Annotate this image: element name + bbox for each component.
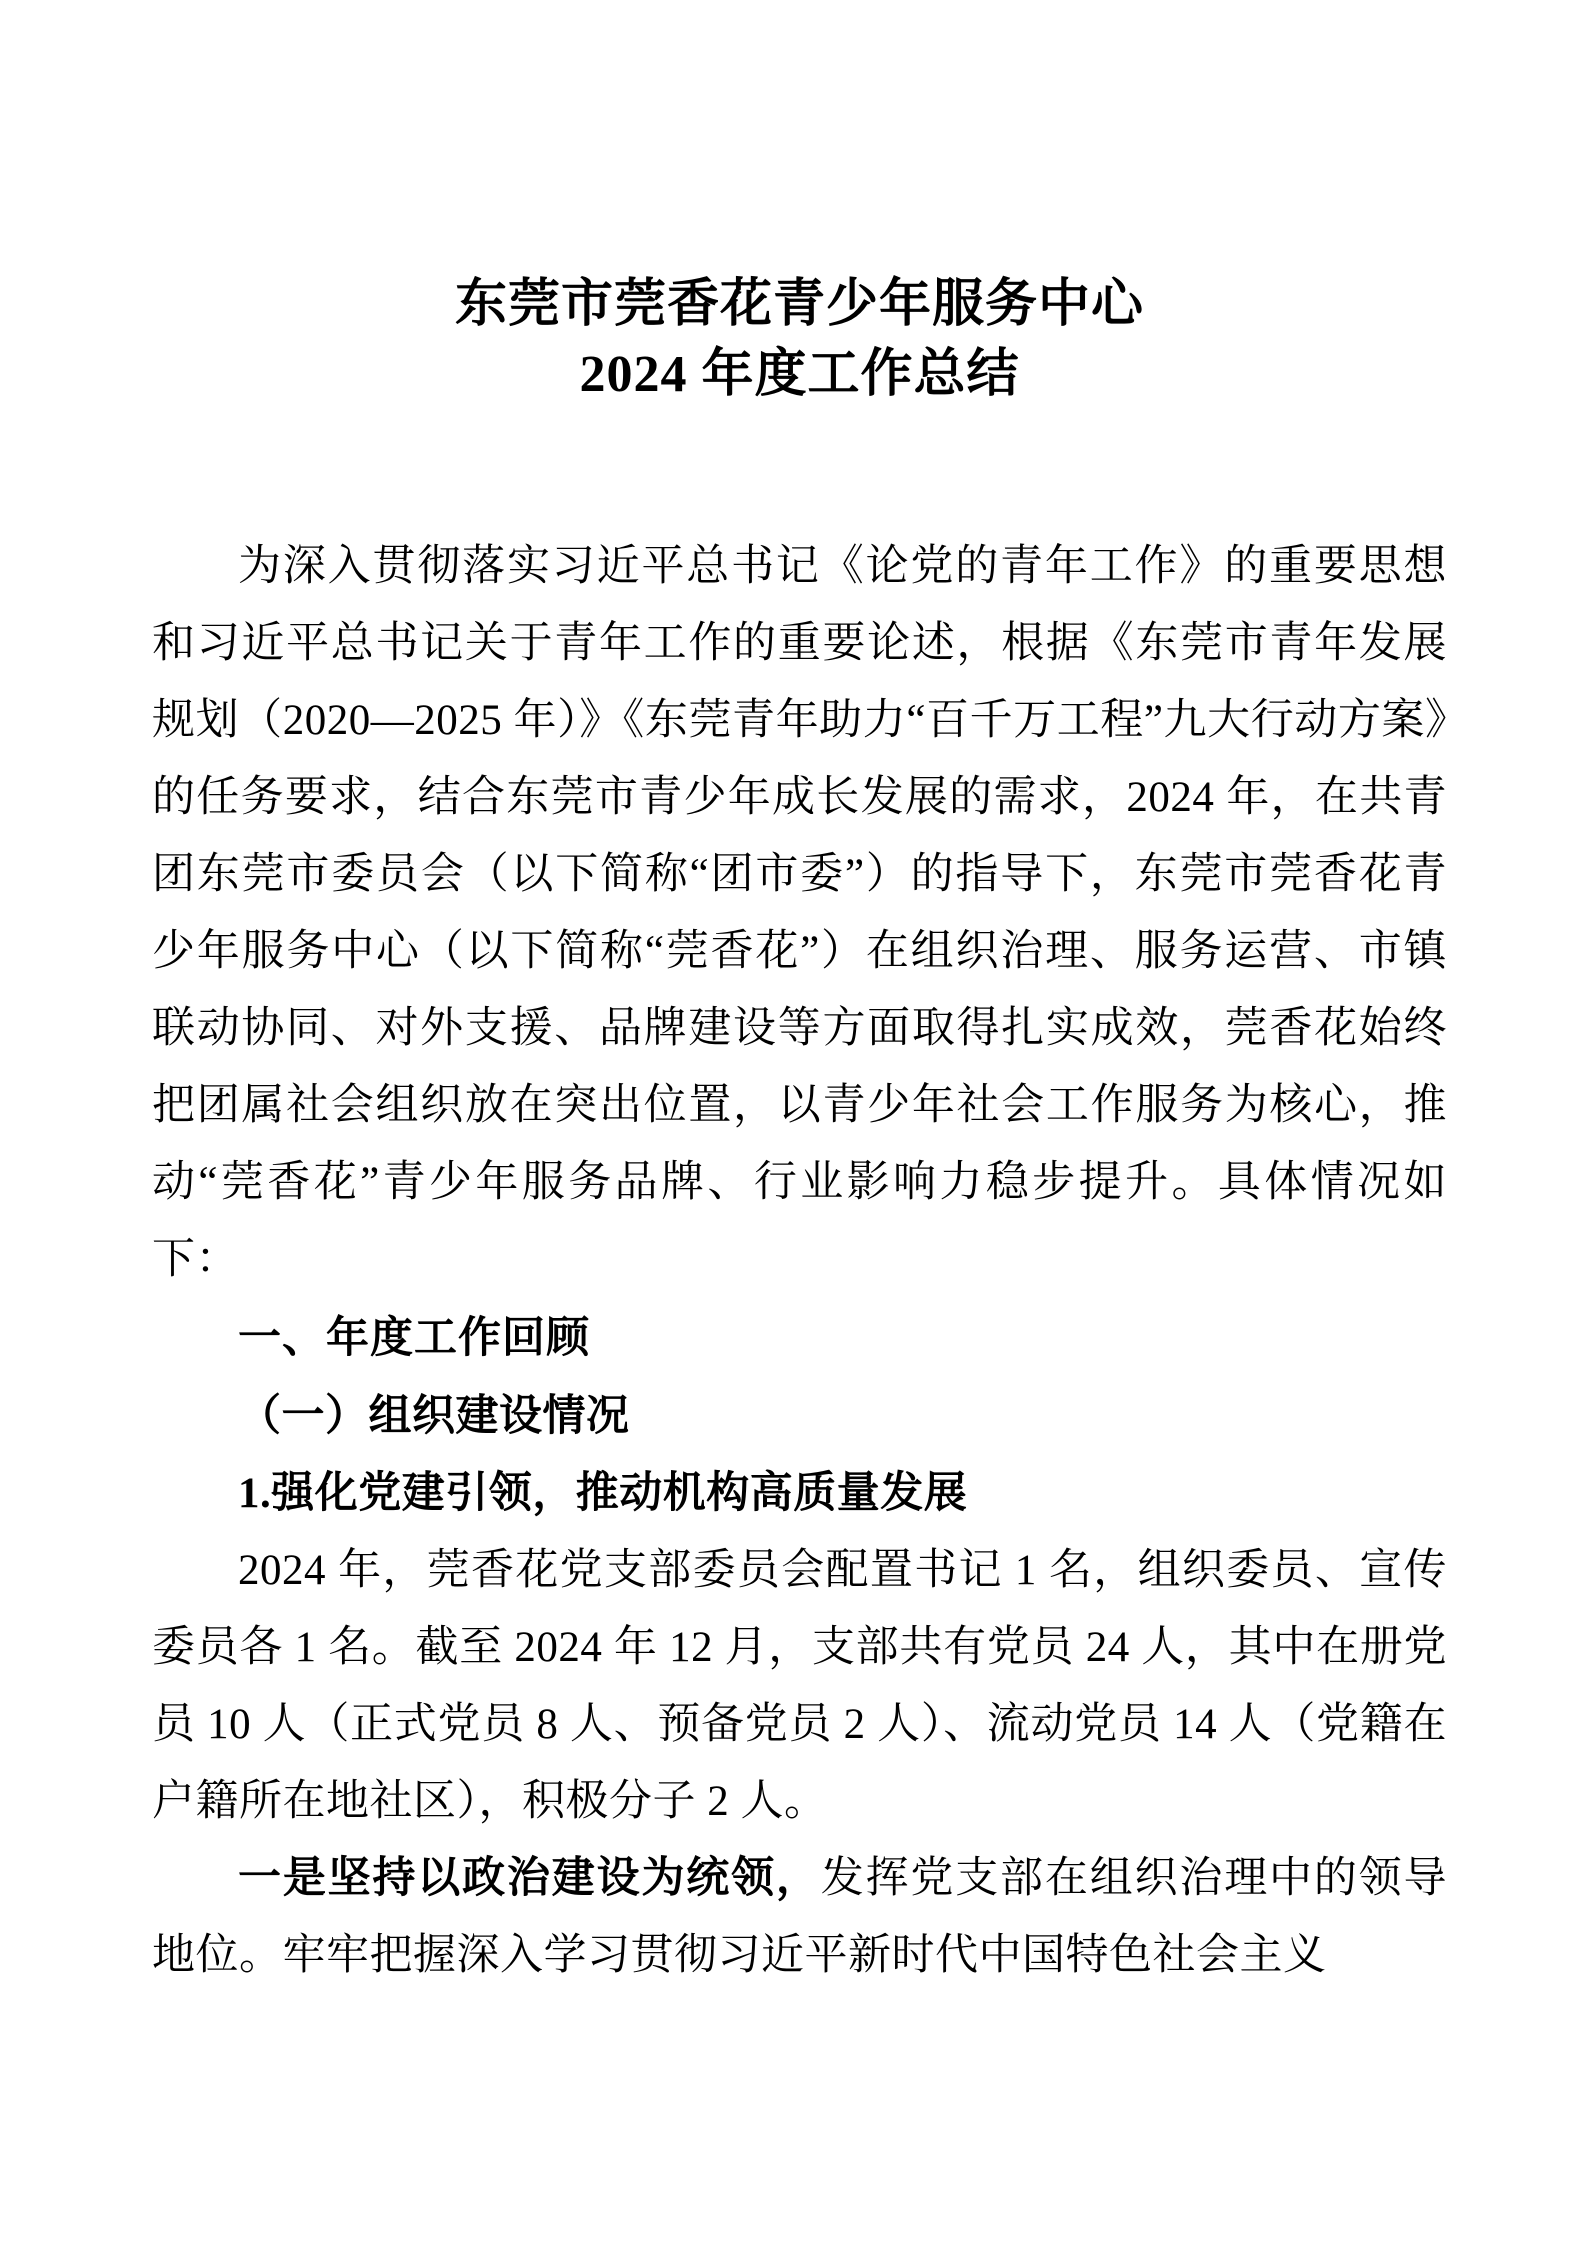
title-line-1: 东莞市莞香花青少年服务中心 (152, 270, 1447, 340)
title-line-2: 2024 年度工作总结 (152, 340, 1447, 410)
subsection-heading-organization-building: （一）组织建设情况 (152, 1378, 1447, 1455)
political-building-paragraph: 一是坚持以政治建设为统领，发挥党支部在组织治理中的领导地位。牢牢把握深入学习贯彻… (152, 1840, 1447, 1994)
point-heading-party-building-leadership: 1.强化党建引领，推动机构高质量发展 (152, 1455, 1447, 1532)
document-page: 东莞市莞香花青少年服务中心 2024 年度工作总结 为深入贯彻落实习近平总书记《… (0, 0, 1587, 2245)
paragraph-lead-emphasis: 一是坚持以政治建设为统领， (238, 1855, 821, 1902)
party-membership-stats-paragraph: 2024 年，莞香花党支部委员会配置书记 1 名，组织委员、宣传委员各 1 名。… (152, 1532, 1447, 1840)
party-stats-text: 2024 年，莞香花党支部委员会配置书记 1 名，组织委员、宣传委员各 1 名。… (152, 1547, 1447, 1825)
intro-paragraph: 为深入贯彻落实习近平总书记《论党的青年工作》的重要思想和习近平总书记关于青年工作… (152, 528, 1447, 1298)
section-heading-annual-work-review: 一、年度工作回顾 (152, 1298, 1447, 1378)
document-title: 东莞市莞香花青少年服务中心 2024 年度工作总结 (152, 270, 1447, 410)
